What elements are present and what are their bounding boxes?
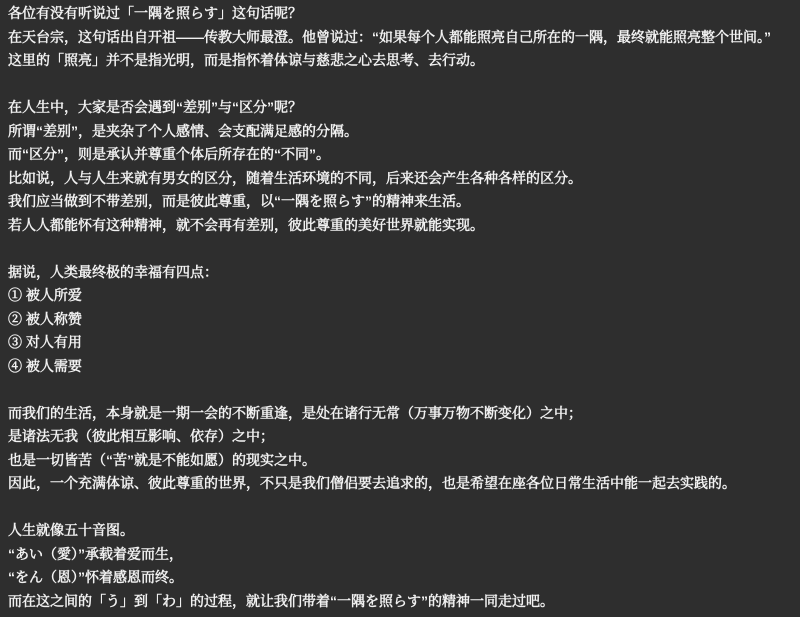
list-item-2: ② 被人称赞 [8,308,792,332]
text-line: 若人人都能怀有这种精神，就不会再有差别，彼此尊重的美好世界就能实现。 [8,214,792,238]
paragraph-gojuon-closing: 人生就像五十音图。 “あい（愛）”承载着爱而生， “をん（恩）”怀着感恩而终。 … [8,519,792,613]
text-line: 而我们的生活，本身就是一期一会的不断重逢，是处在诸行无常（万事万物不断变化）之中… [8,402,792,426]
text-line: 人生就像五十音图。 [8,519,792,543]
text-line: 也是一切皆苦（“苦”就是不能如愿）的现实之中。 [8,449,792,473]
text-line: “をん（恩）”怀着感恩而终。 [8,566,792,590]
text-line: 我们应当做到不带差别，而是彼此尊重，以“一隅を照らす”的精神来生活。 [8,190,792,214]
text-line: 而在这之间的「う」到「わ」的过程，就让我们带着“一隅を照らす”的精神一同走过吧。 [8,590,792,614]
text-line: 这里的「照亮」并不是指光明，而是指怀着体谅与慈悲之心去思考、去行动。 [8,49,792,73]
text-line: 比如说，人与人生来就有男女的区分，随着生活环境的不同，后来还会产生各种各样的区分… [8,167,792,191]
text-line: “あい（愛）”承载着爱而生， [8,543,792,567]
text-document: 各位有没有听说过「一隅を照らす」这句话呢？ 在天台宗，这句话出自开祖——传教大师… [8,2,792,615]
paragraph-buddhist-truths: 而我们的生活，本身就是一期一会的不断重逢，是处在诸行无常（万事万物不断变化）之中… [8,402,792,496]
paragraph-intro-ichigu: 各位有没有听说过「一隅を照らす」这句话呢？ 在天台宗，这句话出自开祖——传教大师… [8,2,792,73]
text-line: 在人生中，大家是否会遇到“差别”与“区分”呢？ [8,96,792,120]
list-item-4: ④ 被人需要 [8,355,792,379]
text-line: 所谓“差别”，是夹杂了个人感情、会支配满足感的分隔。 [8,120,792,144]
text-line: 是诸法无我（彼此相互影响、依存）之中； [8,425,792,449]
paragraph-four-happiness-list: 据说，人类最终极的幸福有四点： ① 被人所爱 ② 被人称赞 ③ 对人有用 ④ 被… [8,261,792,379]
text-line: 因此，一个充满体谅、彼此尊重的世界，不只是我们僧侣要去追求的，也是希望在座各位日… [8,472,792,496]
text-line: 各位有没有听说过「一隅を照らす」这句话呢？ [8,2,792,26]
list-item-1: ① 被人所爱 [8,284,792,308]
text-line: 据说，人类最终极的幸福有四点： [8,261,792,285]
text-line: 而“区分”，则是承认并尊重个体后所存在的“不同”。 [8,143,792,167]
paragraph-chabetsu-kubun: 在人生中，大家是否会遇到“差别”与“区分”呢？ 所谓“差别”，是夹杂了个人感情、… [8,96,792,237]
text-line: 在天台宗，这句话出自开祖——传教大师最澄。他曾说过：“如果每个人都能照亮自己所在… [8,26,792,50]
list-item-3: ③ 对人有用 [8,331,792,355]
